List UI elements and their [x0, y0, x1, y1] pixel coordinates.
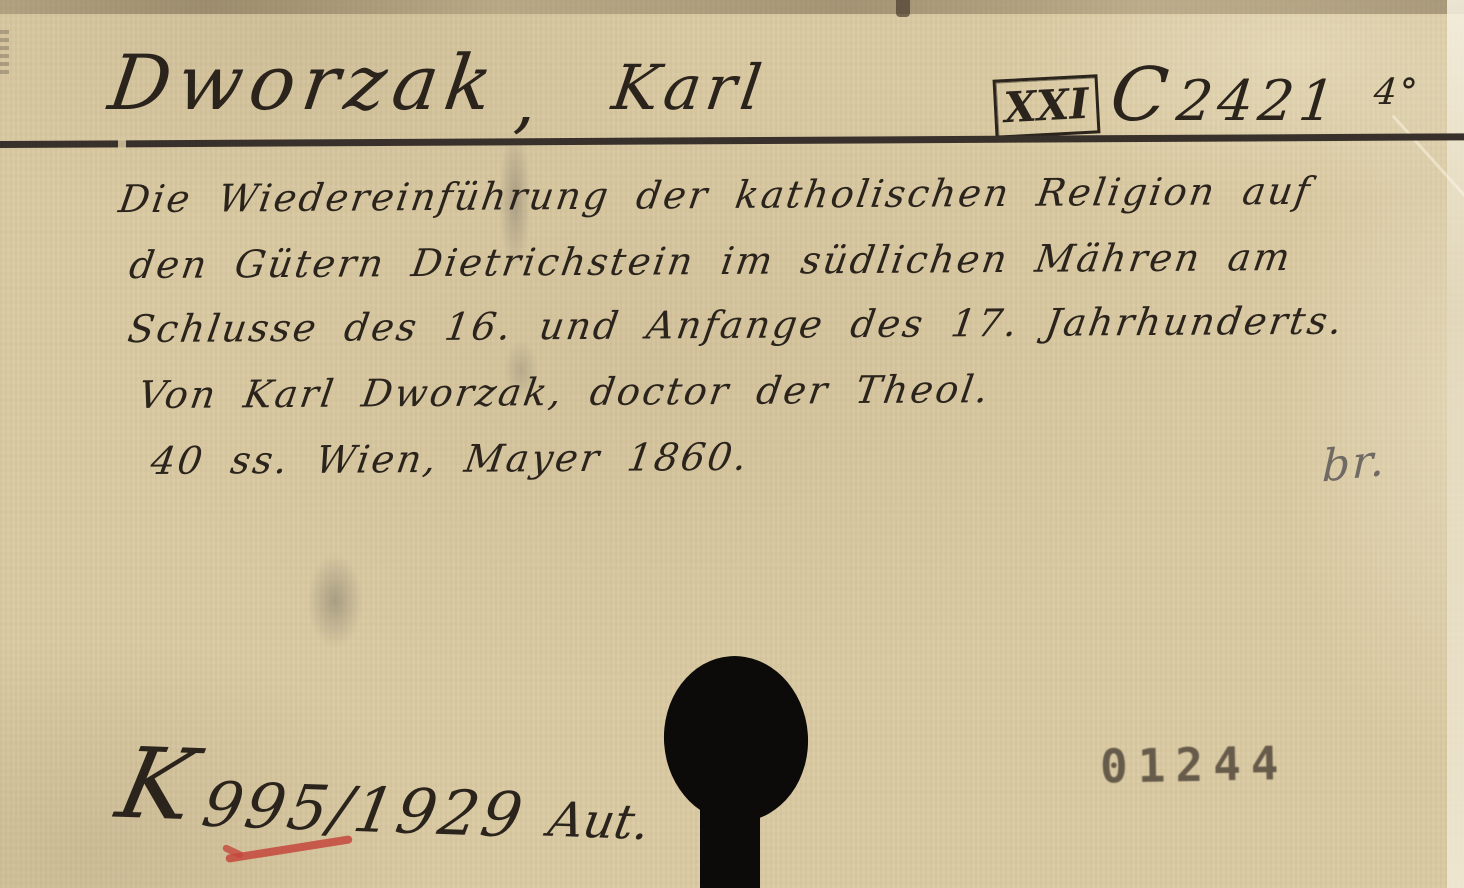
shelfmark-letter: C [1106, 52, 1172, 138]
accession-prefix: K [108, 727, 205, 843]
shelfmark: XXI C 2421 [994, 52, 1340, 138]
binding-note-pencil: br. [1321, 434, 1387, 492]
rod-hole-slot [700, 802, 760, 888]
number-stamp: 01244 [1100, 736, 1289, 793]
description-line-3: Schlusse des 16. und Anfange des 17. Jah… [125, 299, 1348, 352]
description-line-2: den Gütern Dietrichstein im südlichen Mä… [127, 235, 1296, 287]
catalog-card: Dworzak , Karl XXI C 2421 4° Die Wiedere… [0, 0, 1464, 888]
description-line-4: Von Karl Dworzak, doctor der Theol. [135, 367, 993, 417]
shelfmark-series-box: XXI [993, 74, 1101, 138]
scan-left-edge-texture [0, 26, 9, 74]
scan-top-edge [0, 0, 1464, 14]
scan-edge-mark [896, 0, 910, 17]
author-surname: Dworzak [104, 38, 505, 127]
author-forename: Karl [608, 51, 771, 124]
heading-rule [0, 133, 1464, 148]
description-line-1: Die Wiedereinführung der katholischen Re… [116, 169, 1315, 221]
accession-suffix: Aut. [545, 792, 655, 851]
accession-value: 995/1929 [197, 768, 531, 852]
rod-hole [658, 651, 813, 827]
author-heading: Dworzak , Karl [110, 38, 766, 127]
shelfmark-number: 2421 [1174, 69, 1343, 134]
heading-rule-gap [118, 139, 126, 150]
ink-smudge [298, 538, 372, 664]
name-separator: , [512, 60, 534, 142]
format-quarto-mark: 4° [1372, 72, 1421, 113]
accession-number: K 995/1929 Aut. [118, 727, 652, 859]
imprint-line: 40 ss. Wien, Mayer 1860. [148, 435, 752, 483]
